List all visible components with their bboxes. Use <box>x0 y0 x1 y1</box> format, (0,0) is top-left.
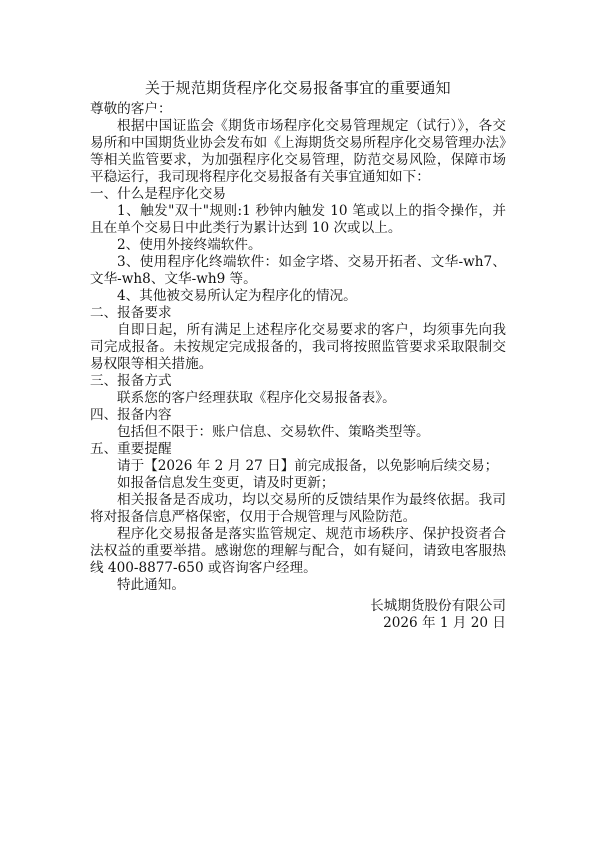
section-5-update: 如报备信息发生变更，请及时更新； <box>90 475 506 492</box>
section-heading-4: 四、报备内容 <box>90 407 506 424</box>
signature-date: 2026 年 1 月 20 日 <box>90 615 506 632</box>
section-5-confidentiality: 相关报备是否成功，均以交易所的反馈结果作为最终依据。我司将对报备信息严格保密，仅… <box>90 492 506 526</box>
section-heading-1: 一、什么是程序化交易 <box>90 186 506 203</box>
section-4-paragraph: 包括但不限于：账户信息、交易软件、策略类型等。 <box>90 424 506 441</box>
section-1-item-4: 4、其他被交易所认定为程序化的情况。 <box>90 288 506 305</box>
section-5-closing: 程序化交易报备是落实监管规定、规范市场秩序、保护投资者合法权益的重要举措。感谢您… <box>90 526 506 577</box>
section-5-notice-end: 特此通知。 <box>90 577 506 594</box>
salutation: 尊敬的客户： <box>90 101 506 118</box>
section-heading-3: 三、报备方式 <box>90 373 506 390</box>
section-2-paragraph: 自即日起，所有满足上述程序化交易要求的客户，均须事先向我司完成报备。未按规定完成… <box>90 322 506 373</box>
signature-block: 长城期货股份有限公司 2026 年 1 月 20 日 <box>90 598 506 632</box>
notice-document: 关于规范期货程序化交易报备事宜的重要通知 尊敬的客户： 根据中国证监会《期货市场… <box>90 78 506 632</box>
section-3-paragraph: 联系您的客户经理获取《程序化交易报备表》。 <box>90 390 506 407</box>
document-title: 关于规范期货程序化交易报备事宜的重要通知 <box>90 78 506 98</box>
section-5-deadline: 请于【2026 年 2 月 27 日】前完成报备，以免影响后续交易； <box>90 458 506 475</box>
section-1-item-2: 2、使用外接终端软件。 <box>90 237 506 254</box>
signature-company: 长城期货股份有限公司 <box>90 598 506 615</box>
intro-paragraph: 根据中国证监会《期货市场程序化交易管理规定（试行）》，各交易所和中国期货业协会发… <box>90 118 506 186</box>
section-heading-2: 二、报备要求 <box>90 305 506 322</box>
section-1-item-1: 1、触发"双十"规则:1 秒钟内触发 10 笔或以上的指令操作，并且在单个交易日… <box>90 203 506 237</box>
section-1-item-3: 3、使用程序化终端软件：如金字塔、交易开拓者、文华-wh7、文华-wh8、文华-… <box>90 254 506 288</box>
section-heading-5: 五、重要提醒 <box>90 441 506 458</box>
